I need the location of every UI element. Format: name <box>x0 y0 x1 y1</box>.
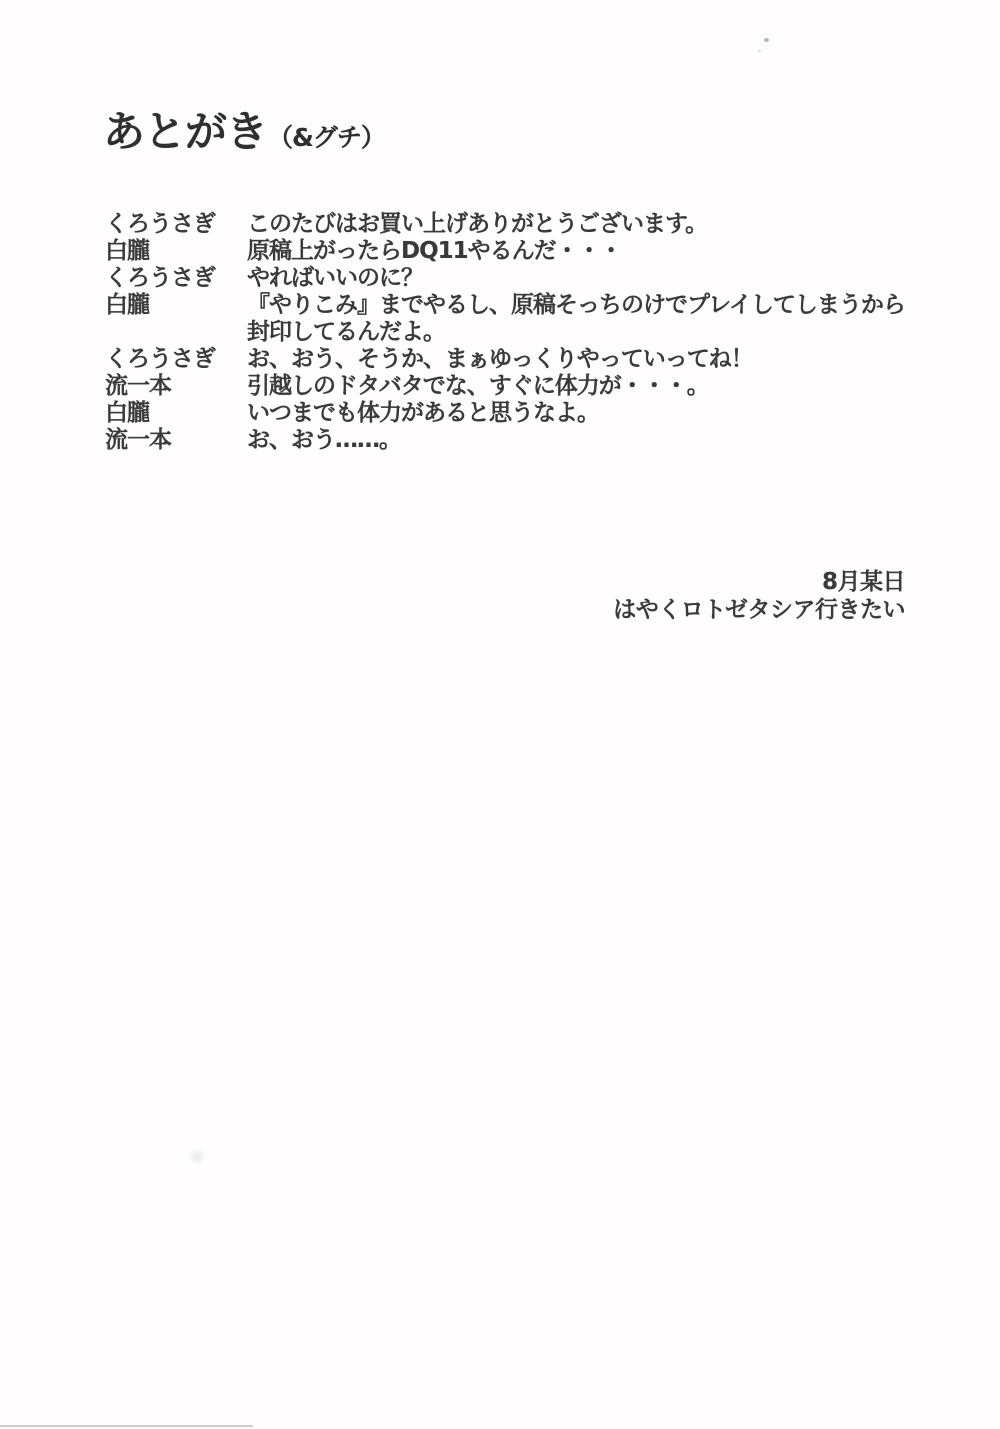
dialogue-text: 『やりこみ』までやるし、原稿そっちのけでプレイしてしまうから <box>247 292 965 319</box>
dialogue-line: くろうさぎ お、おう、そうか、まぁゆっくりやっていってね！ <box>105 346 965 373</box>
afterword-page: あとがき（&グチ） くろうさぎ このたびはお買い上げありがとうございます。 白朧… <box>0 0 1000 1429</box>
closing-date: 8月某日 <box>613 568 905 596</box>
dialogue-line: くろうさぎ やればいいのに？ <box>105 265 965 292</box>
speaker-name: くろうさぎ <box>105 211 247 238</box>
speaker-name: くろうさぎ <box>105 265 247 292</box>
scan-artifact-dot <box>764 38 769 42</box>
dialogue-line: 流一本 引越しのドタバタでな、すぐに体力が・・・。 <box>105 373 965 400</box>
dialogue-line: くろうさぎ このたびはお買い上げありがとうございます。 <box>105 211 965 238</box>
closing-block: 8月某日 はやくロトゼタシア行きたい <box>613 568 905 624</box>
closing-wish: はやくロトゼタシア行きたい <box>613 596 905 624</box>
page-title-text: あとがき <box>103 107 267 156</box>
dialogue-text: いつまでも体力があると思うなよ。 <box>247 400 965 427</box>
scan-artifact-speck <box>758 50 761 52</box>
page-title-suffix: （&グチ） <box>268 123 385 152</box>
dialogue-text: このたびはお買い上げありがとうございます。 <box>247 211 965 238</box>
speaker-name: くろうさぎ <box>105 346 247 373</box>
dialogue-line: 流一本 お、おう……。 <box>105 427 965 454</box>
scan-artifact-smudge <box>191 1151 203 1162</box>
dialogue-line: 白朧 『やりこみ』までやるし、原稿そっちのけでプレイしてしまうから <box>105 292 965 319</box>
dialogue-text: 原稿上がったらDQ11やるんだ・・・ <box>247 238 965 265</box>
dialogue-text: お、おう、そうか、まぁゆっくりやっていってね！ <box>247 346 965 373</box>
speaker-name: 流一本 <box>105 427 247 454</box>
dialogue-text: お、おう……。 <box>247 427 965 454</box>
page-title: あとがき（&グチ） <box>103 106 385 164</box>
dialogue-text: 封印してるんだよ。 <box>247 319 965 346</box>
speaker-name: 白朧 <box>105 400 247 427</box>
dialogue-line: 白朧 いつまでも体力があると思うなよ。 <box>105 400 965 427</box>
speaker-name: 白朧 <box>105 292 247 319</box>
speaker-name: 流一本 <box>105 373 247 400</box>
dialogue-text: やればいいのに？ <box>247 265 965 292</box>
scan-edge-line <box>0 1425 253 1427</box>
speaker-name: 白朧 <box>105 238 247 265</box>
dialogue-line: 白朧 原稿上がったらDQ11やるんだ・・・ <box>105 238 965 265</box>
dialogue-block: くろうさぎ このたびはお買い上げありがとうございます。 白朧 原稿上がったらDQ… <box>105 211 965 454</box>
dialogue-text: 引越しのドタバタでな、すぐに体力が・・・。 <box>247 373 965 400</box>
dialogue-line: 封印してるんだよ。 <box>105 319 965 346</box>
